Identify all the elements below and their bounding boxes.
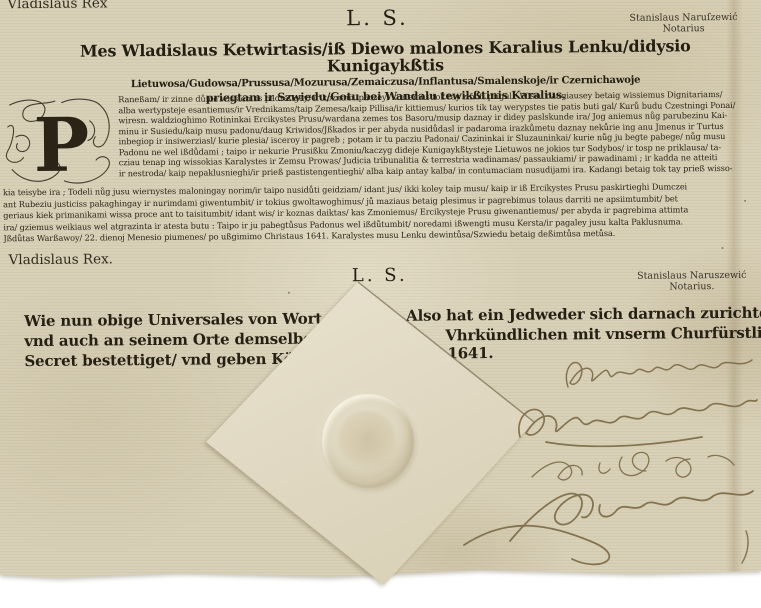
ink-speck: [744, 200, 746, 202]
signature-4: [464, 491, 753, 564]
heading-line-1: Mes Wladislaus Ketwirtasis/iß Diewo malo…: [28, 37, 743, 77]
locus-sigilli-top: L. S.: [335, 6, 419, 31]
signature-2: [519, 400, 757, 446]
notary-attestation-top: Stanislaus Naruſzewić Notarius: [613, 12, 753, 35]
ink-speck: [722, 247, 724, 249]
notary-name: Stanislaus Naruszewić: [622, 270, 761, 282]
handwritten-signatures-block: [450, 345, 761, 580]
signature-1: [566, 360, 752, 387]
body-paragraph-full-width: kia teisybe ira ; Todeli nůg jusu wierny…: [3, 181, 750, 245]
notary-name: Stanislaus Naruſzewić: [613, 12, 753, 24]
scanned-document-page: Vladislaus Rex L. S. Stanislaus Naruſzew…: [0, 0, 761, 608]
seal-coat-of-arms-relief: [338, 411, 396, 471]
ornamental-drop-cap: P: [3, 96, 114, 187]
notary-title: Notarius: [614, 23, 754, 35]
notary-title: Notarius.: [622, 281, 761, 293]
signature-flourish-mark: [742, 531, 748, 563]
royal-signoff: Vladislaus Rex.: [9, 251, 113, 268]
notary-attestation-mid: Stanislaus Naruszewić Notarius.: [622, 270, 761, 293]
body-paragraph-beside-initial: Raneßam/ ir zinne důme wissiemus padraug…: [118, 89, 748, 179]
drop-cap-letter: P: [33, 103, 89, 188]
royal-name-top-cropped: Vladislaus Rex: [7, 0, 107, 12]
signature-3: [532, 452, 734, 480]
embossed-paper-seal: [322, 394, 414, 488]
